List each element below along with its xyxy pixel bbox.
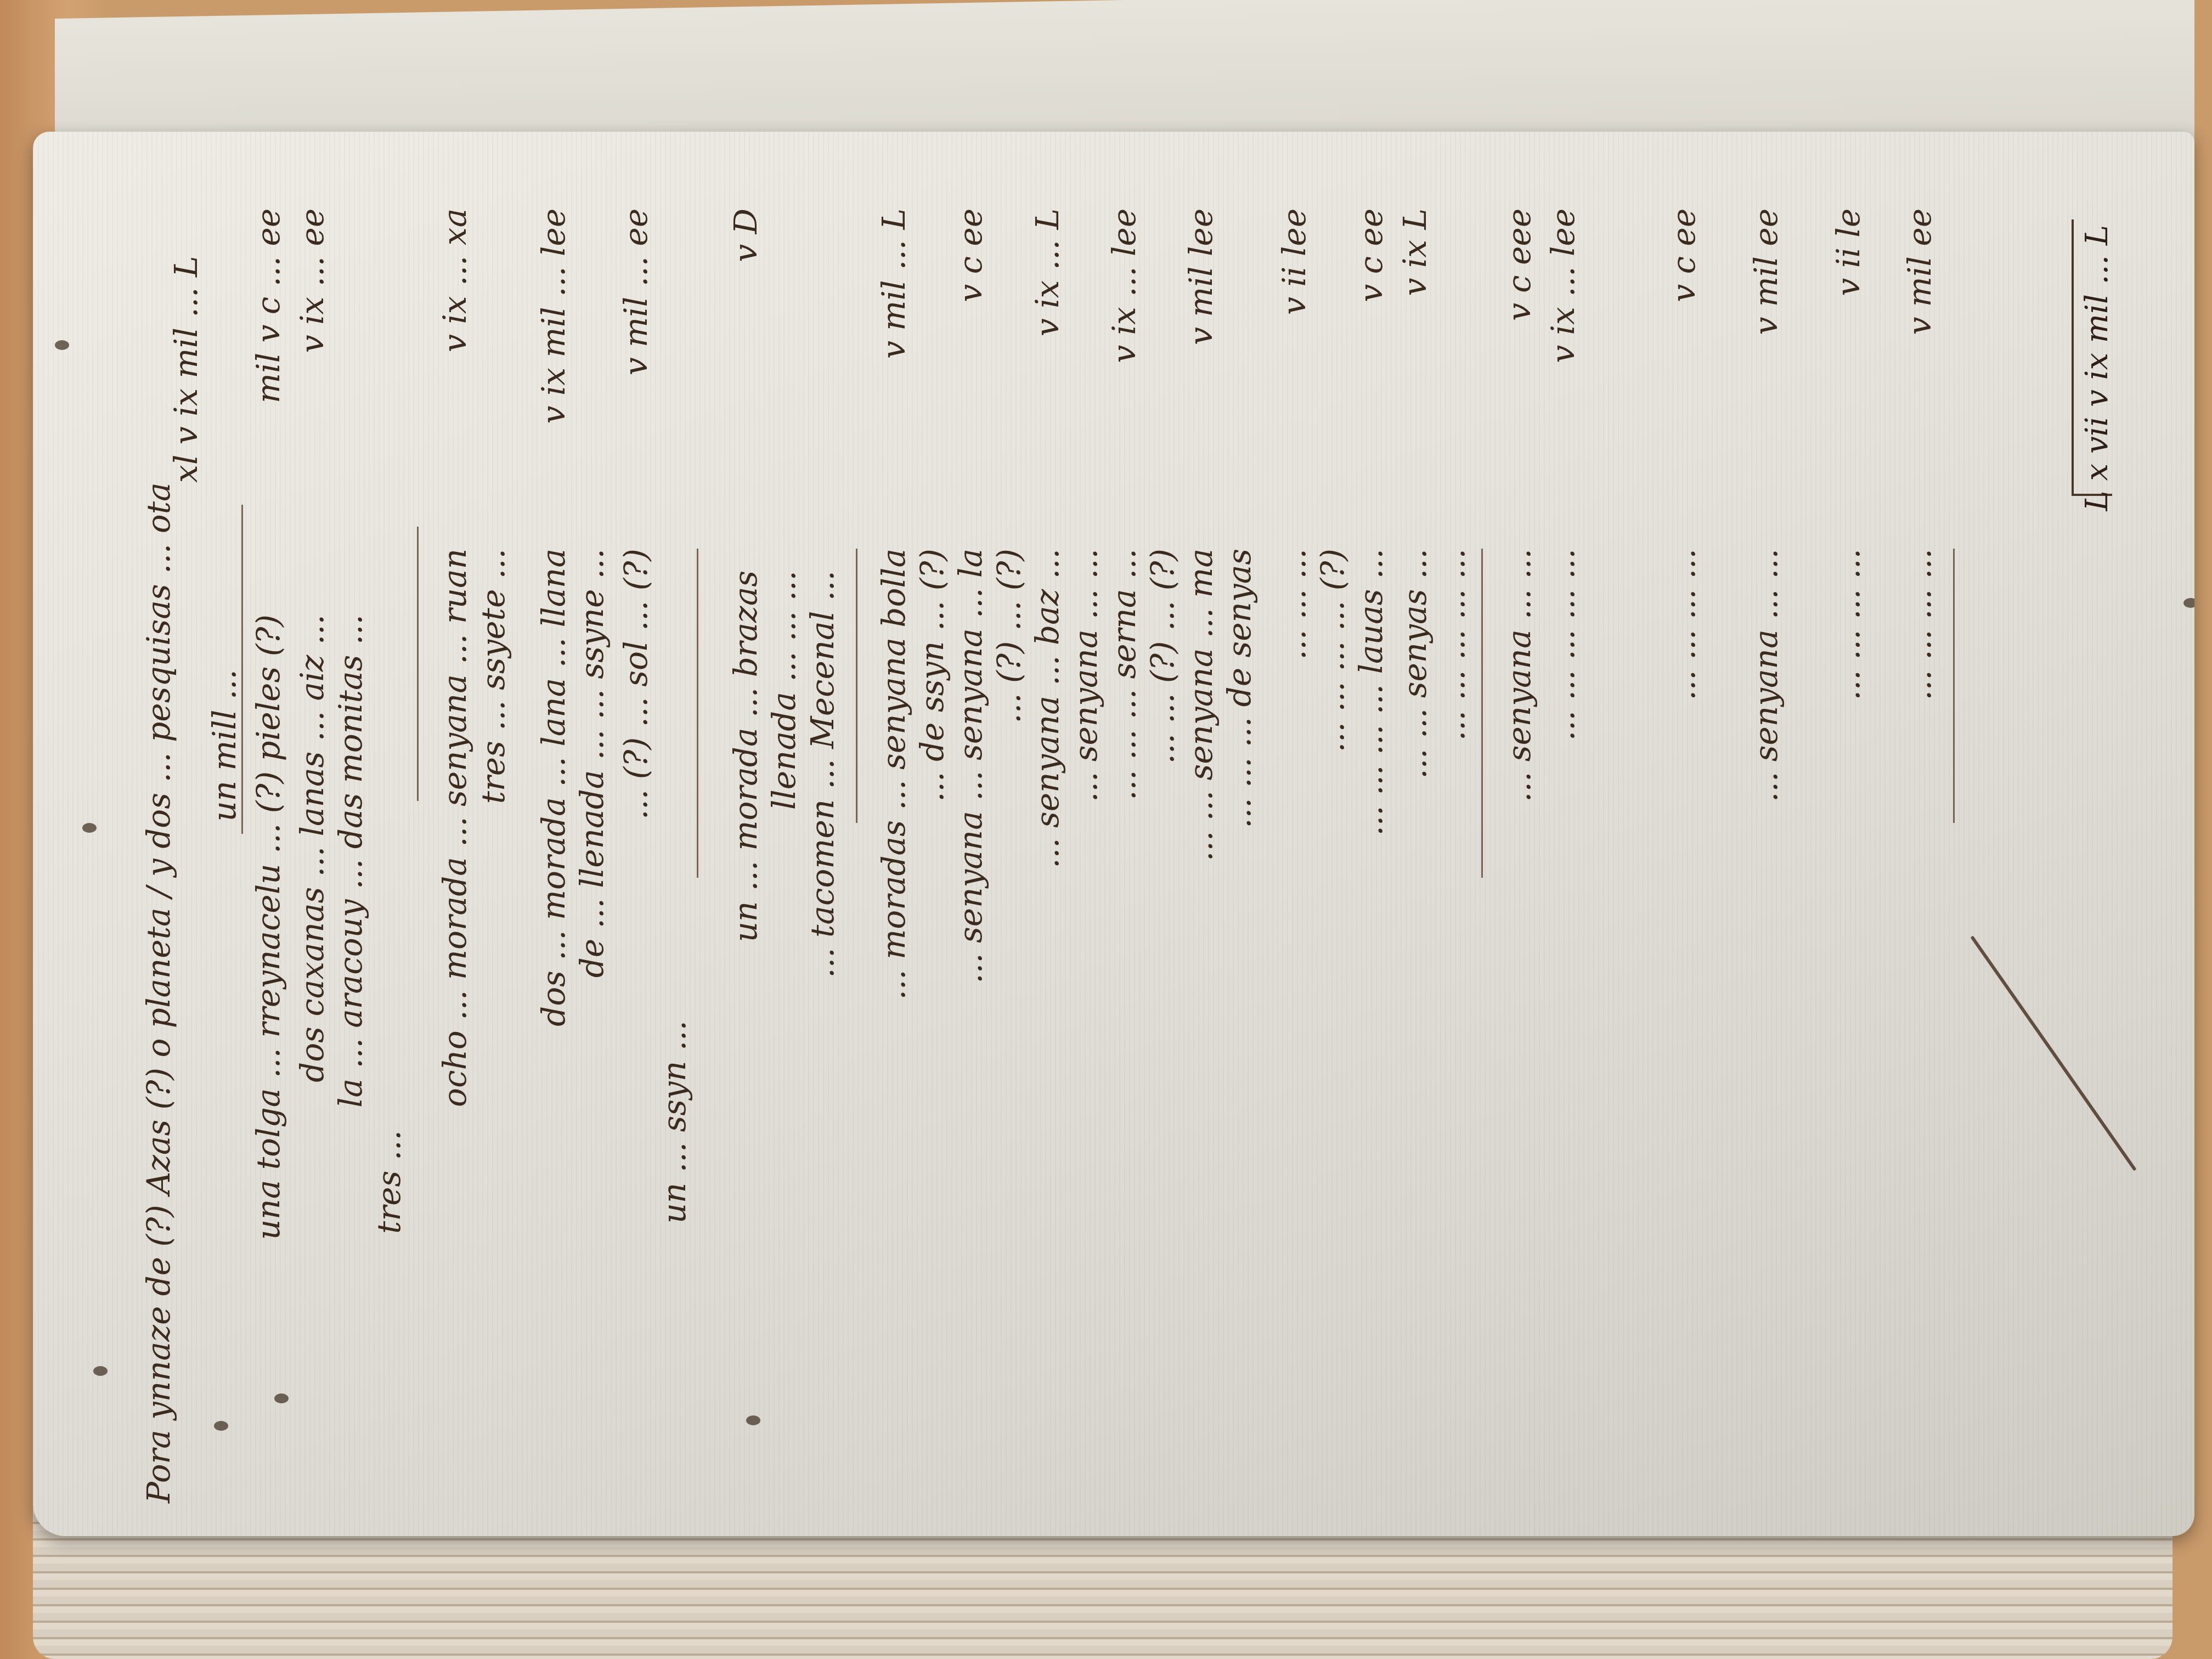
entry-line: ... ... (?) ... (?) bbox=[1147, 549, 1178, 764]
entry-line: llenada ... ... ... bbox=[768, 571, 800, 810]
entry-line: la ... aracouy ... das monitas ... bbox=[335, 614, 366, 1108]
ledger-text-block: Pora ynnaze de (?) Azas (?) o planeta / … bbox=[77, 198, 2151, 1503]
entry-amount: mil v c ... ee bbox=[252, 208, 284, 403]
entry-amount: v ix ... L bbox=[1031, 208, 1063, 336]
entry-separator bbox=[697, 549, 698, 878]
entry-line: ... moradas ... senyana bolla bbox=[878, 549, 910, 1000]
entry-separator bbox=[417, 527, 419, 801]
entry-amount: v ix L bbox=[1399, 208, 1431, 296]
entry-separator bbox=[1953, 549, 1955, 823]
entry-amount: v ix ... lee bbox=[1108, 208, 1140, 363]
entry-amount: v c ee bbox=[955, 208, 986, 302]
entry-amount: v mil ee bbox=[1904, 208, 1936, 335]
entry-line: un ... ssyn ... bbox=[658, 1020, 690, 1223]
total-amount: L x vii v ix mil ... L bbox=[2079, 225, 2115, 511]
entry-amount: v c eee bbox=[1503, 208, 1535, 321]
entry-line: ... (?) ... sol ... (?) bbox=[620, 549, 652, 820]
entry-line: ocho ... morada ... senyana ... ruan bbox=[439, 549, 471, 1107]
entry-amount: v ix ... xa bbox=[439, 208, 471, 352]
closing-flourish bbox=[1970, 935, 2136, 1171]
entry-line: un mill ... bbox=[208, 669, 240, 822]
entry-amount: v mil ... ee bbox=[620, 208, 652, 375]
entry-line: ... ... ... ... ... bbox=[1547, 549, 1579, 741]
manuscript-page: Pora ynnaze de (?) Azas (?) o planeta / … bbox=[33, 132, 2194, 1536]
entry-line: ... ... ... bbox=[1278, 549, 1310, 660]
entry-amount: v c ee bbox=[1668, 208, 1700, 302]
entry-line: ... ... ... ... lauas ... bbox=[1355, 549, 1387, 836]
entry-amount: v mil ee bbox=[1750, 208, 1782, 335]
entry-amount: v ix ... ee bbox=[296, 208, 328, 353]
entry-amount: v ix mil ... lee bbox=[538, 208, 569, 424]
entry-separator bbox=[1481, 549, 1483, 878]
entry-line: ... de ssyn ... (?) bbox=[916, 549, 948, 802]
entry-line: tres ... bbox=[373, 1130, 405, 1234]
entry-line: ... (?) ... (?) bbox=[993, 549, 1025, 724]
entry-line: ... ... ... serna ... bbox=[1108, 549, 1140, 800]
entry-line: dos caxanas ... lanas ... aiz ... bbox=[296, 614, 328, 1082]
entry-line: ... tacomen ... Mecenal ... bbox=[806, 571, 838, 978]
entry-separator bbox=[241, 505, 243, 834]
entry-line: ... ... senyana ... ma bbox=[1185, 549, 1217, 861]
entry-amount: v D bbox=[730, 208, 761, 262]
entry-amount: v c ee bbox=[1355, 208, 1387, 302]
entry-line: ... ... senyas ... bbox=[1399, 549, 1431, 779]
entry-amount: v ii le bbox=[1832, 208, 1864, 296]
entry-line: ... senyana ... ... bbox=[1750, 549, 1782, 802]
entry-amount: v mil lee bbox=[1185, 208, 1217, 345]
entry-line: dos ... morada ... lana ... llana bbox=[538, 549, 569, 1026]
entry-line: ... senyana ... ... bbox=[1070, 549, 1102, 802]
entry-line: ... senyana ... senyana ... la bbox=[955, 549, 986, 984]
heading-line: Pora ynnaze de (?) Azas (?) o planeta / … bbox=[143, 461, 174, 1503]
entry-separator bbox=[856, 549, 857, 823]
entry-amount: v ii lee bbox=[1278, 208, 1310, 315]
entry-line: ... ... ... ... bbox=[1904, 549, 1936, 701]
total-box: L x vii v ix mil ... L bbox=[2072, 219, 2112, 496]
entry-line: una tolga ... rreynacelu ... (?) pieles … bbox=[252, 614, 284, 1240]
entry-line: ... ... ... ... bbox=[1668, 549, 1700, 701]
entry-line: ... ... ... ... bbox=[1832, 549, 1864, 701]
entry-line: ... senyana ... baz ... bbox=[1031, 549, 1063, 868]
entry-line: ... ... ... de senyas bbox=[1223, 549, 1255, 828]
entry-amount: v mil ... L bbox=[878, 208, 910, 359]
entry-line: tres ... ssyete ... bbox=[477, 549, 509, 804]
entry-line: ... ... ... ... (?) bbox=[1317, 549, 1348, 752]
entry-amount: v ix ... lee bbox=[1547, 208, 1579, 363]
entry-line: un ... morada ... brazas bbox=[730, 571, 761, 942]
entry-line: ... senyana ... ... bbox=[1503, 549, 1535, 802]
entry-line: ... ... ... ... ... bbox=[1437, 549, 1469, 741]
heading-amount: xl v ix mil ... L bbox=[170, 208, 202, 483]
entry-line: de ... llenada ... ... ssyne ... bbox=[576, 549, 608, 978]
